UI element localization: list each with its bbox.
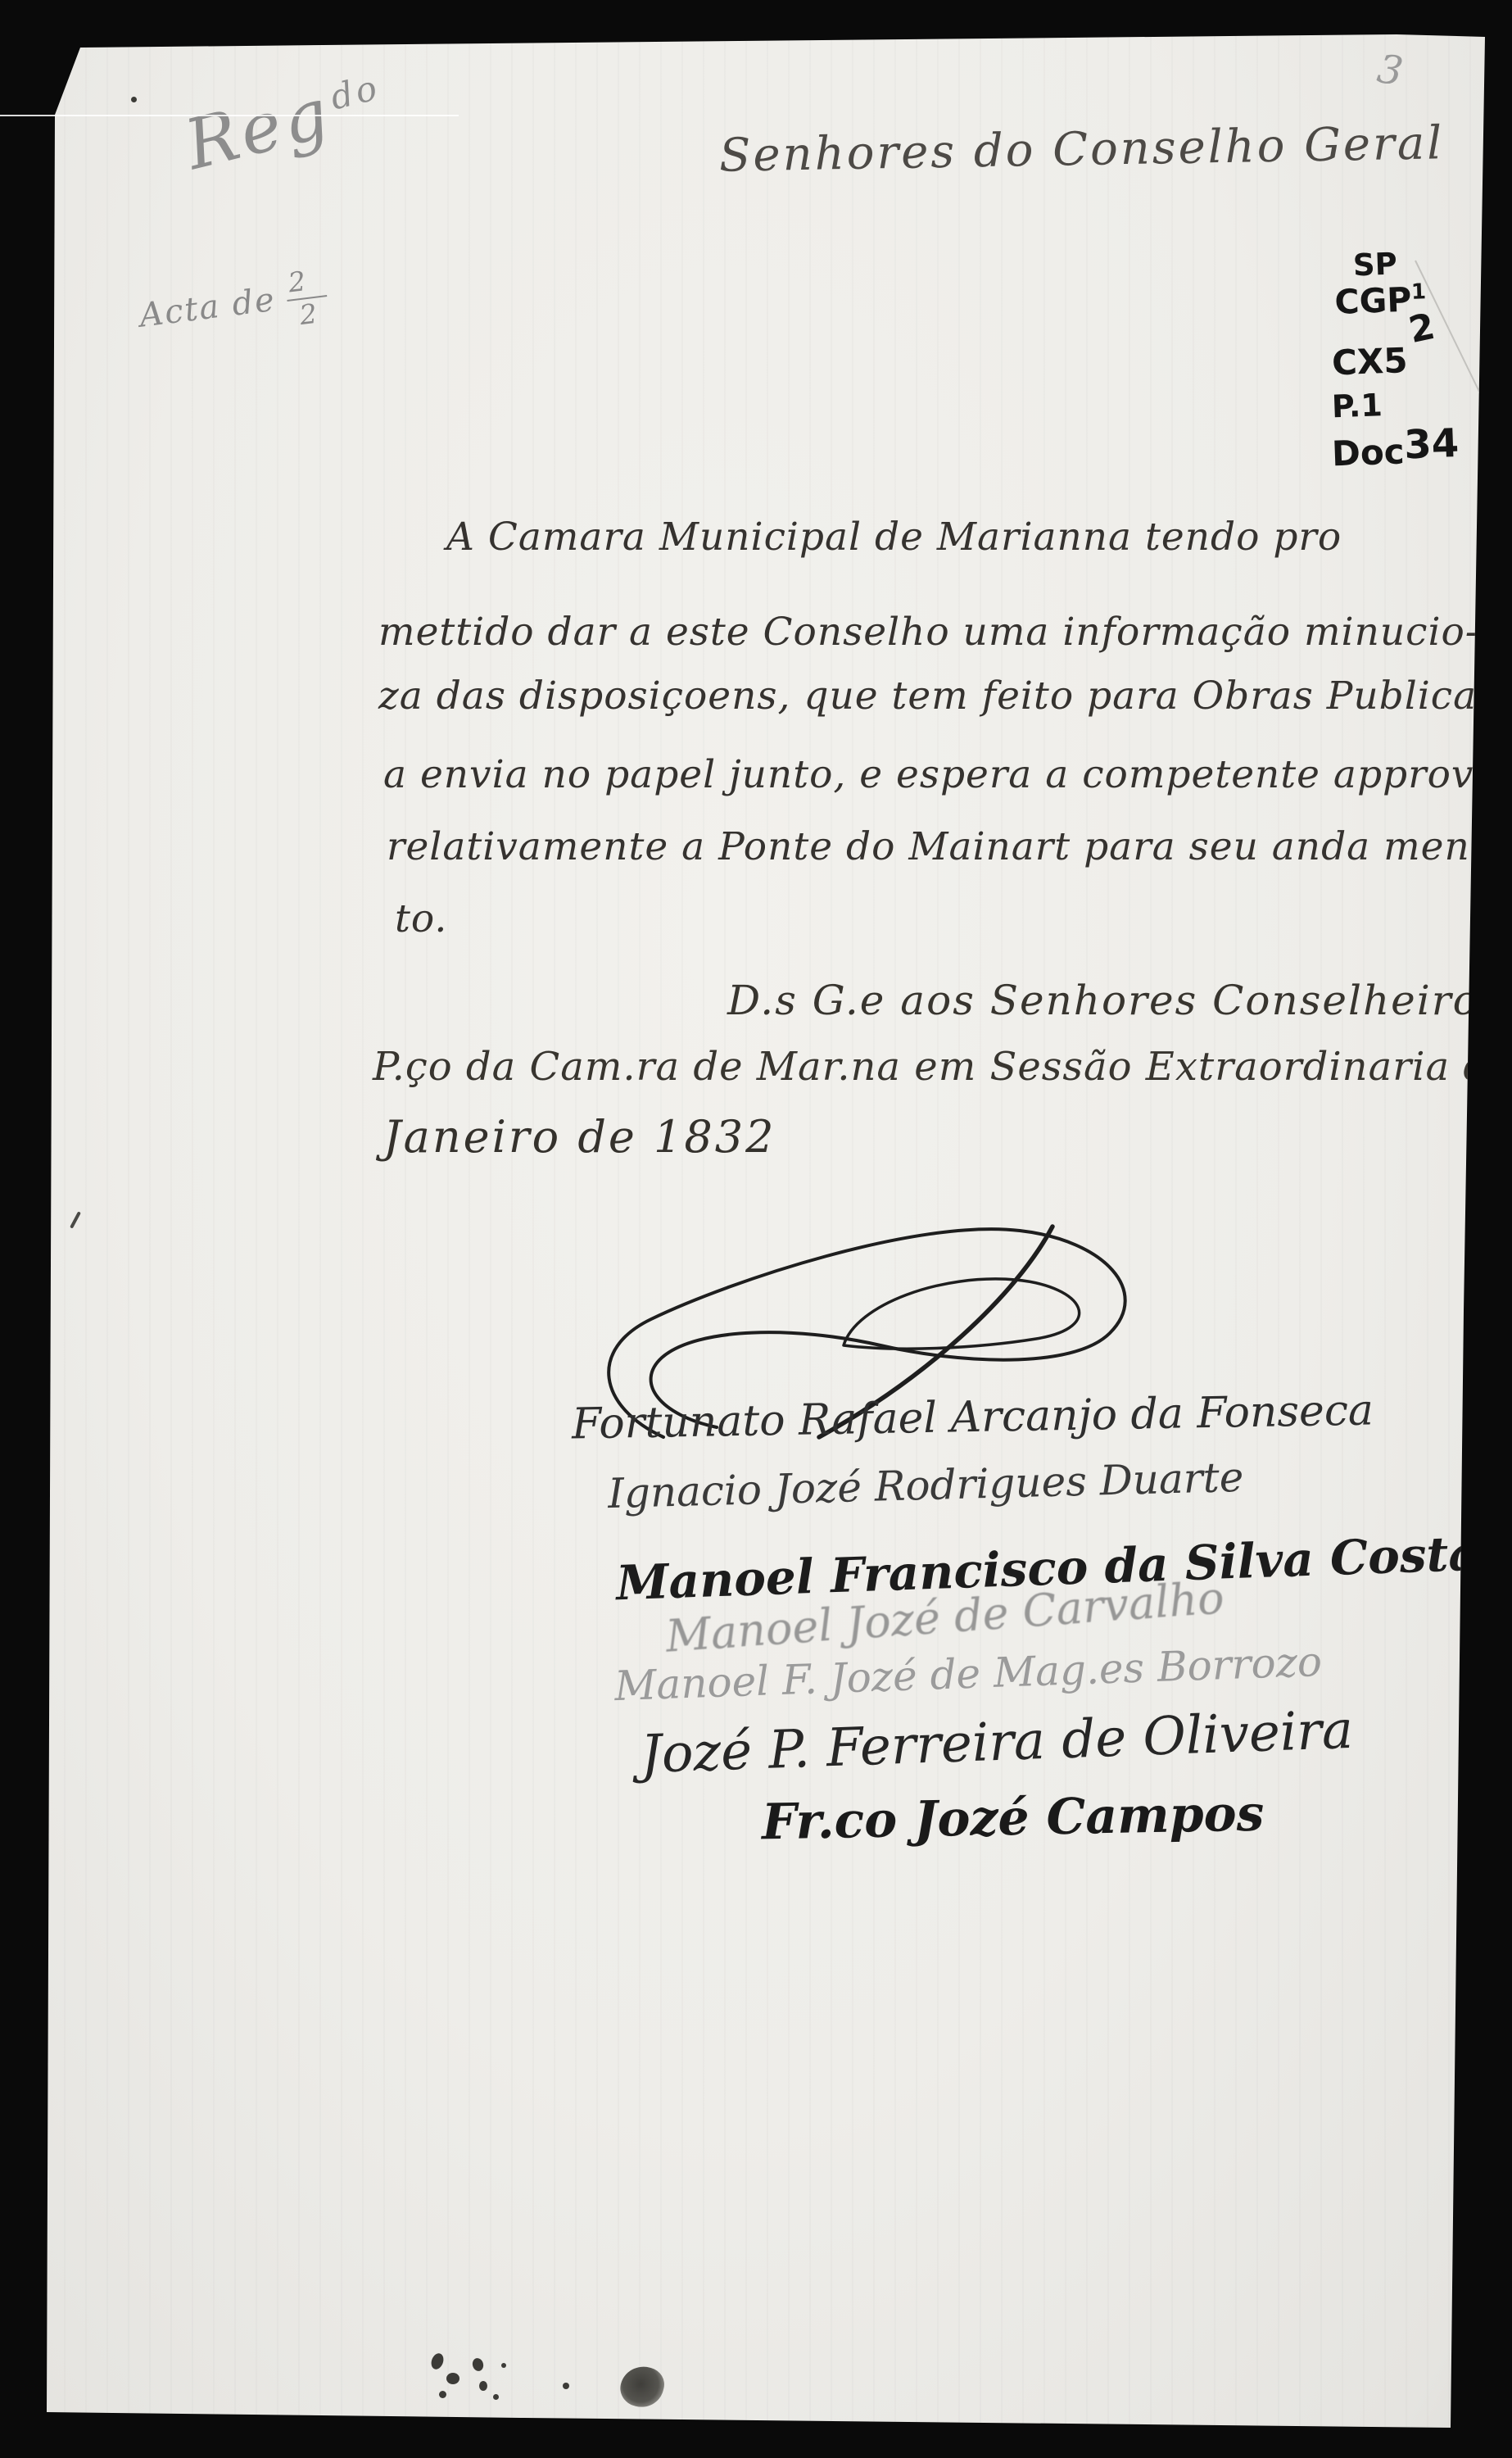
- paper-sheet: Regdo Acta de22 3 Senhores do Conselho G…: [0, 0, 1512, 2458]
- closing-valediction: D.s G.e aos Senhores Conselheiros: [727, 977, 1501, 1024]
- pencil-registered-note: Regdo: [178, 59, 392, 185]
- salutation-heading: Senhores do Conselho Geral: [719, 116, 1445, 182]
- body-text-line: to.: [395, 896, 447, 941]
- body-text-line: za das disposiçoens, que tem feito para …: [378, 673, 1497, 719]
- document-scan: Regdo Acta de22 3 Senhores do Conselho G…: [0, 0, 1512, 2458]
- stamp-line-p: P.1: [1331, 385, 1494, 424]
- ink-speck: [493, 2394, 499, 2400]
- closing-place-line: P.ço da Cam.ra de Mar.na em Sessão Extra…: [373, 1044, 1512, 1090]
- ink-speck: [439, 2391, 446, 2398]
- ink-speck: [479, 2381, 487, 2391]
- signature: Fr.co Jozé Campos: [761, 1785, 1265, 1852]
- ink-speck: [501, 2363, 506, 2368]
- pencil-page-number: 3: [1374, 46, 1406, 95]
- stamp-doc-number: 34: [1403, 420, 1460, 468]
- ink-tick-mark: [70, 1211, 81, 1228]
- archival-reference-stamp: SP CGP1 2 CX5 P.1 Doc34: [1324, 246, 1496, 474]
- ink-speck: [446, 2373, 459, 2384]
- body-text-line: mettido dar a este Conselho uma informaç…: [378, 610, 1479, 655]
- ink-speck: [471, 2357, 485, 2373]
- stamp-cgp-text: CGP: [1334, 279, 1412, 321]
- ink-speck: [563, 2383, 569, 2389]
- registered-text: Reg: [178, 72, 339, 185]
- acta-label: Acta de: [138, 281, 278, 335]
- ink-blot: [616, 2361, 668, 2412]
- acta-fraction-numerator: 2: [283, 265, 327, 301]
- registered-superscript: do: [326, 67, 383, 118]
- body-text-line: a envia no papel junto, e espera a compe…: [383, 752, 1512, 797]
- stamp-line-sp: SP: [1352, 246, 1489, 283]
- stamp-line-doc: Doc34: [1331, 426, 1496, 473]
- body-text-line: relativamente a Ponte do Mainart para se…: [387, 824, 1470, 869]
- signature: Ignacio Jozé Rodrigues Duarte: [607, 1453, 1244, 1517]
- body-text-line: A Camara Municipal de Marianna tendo pro: [446, 515, 1342, 560]
- stamp-doc-text: Doc: [1331, 431, 1405, 474]
- ink-speck: [131, 97, 137, 102]
- closing-date-line: Janeiro de 1832: [383, 1111, 776, 1163]
- ink-speck: [429, 2351, 446, 2371]
- scan-artifact-line: [0, 115, 459, 116]
- pencil-acta-note: Acta de22: [136, 265, 330, 348]
- acta-fraction: 22: [283, 265, 330, 330]
- stamp-cgp-superscript: 1: [1410, 279, 1426, 305]
- acta-fraction-denominator: 2: [298, 297, 320, 329]
- signature: Jozé P. Ferreira de Oliveira: [640, 1700, 1354, 1785]
